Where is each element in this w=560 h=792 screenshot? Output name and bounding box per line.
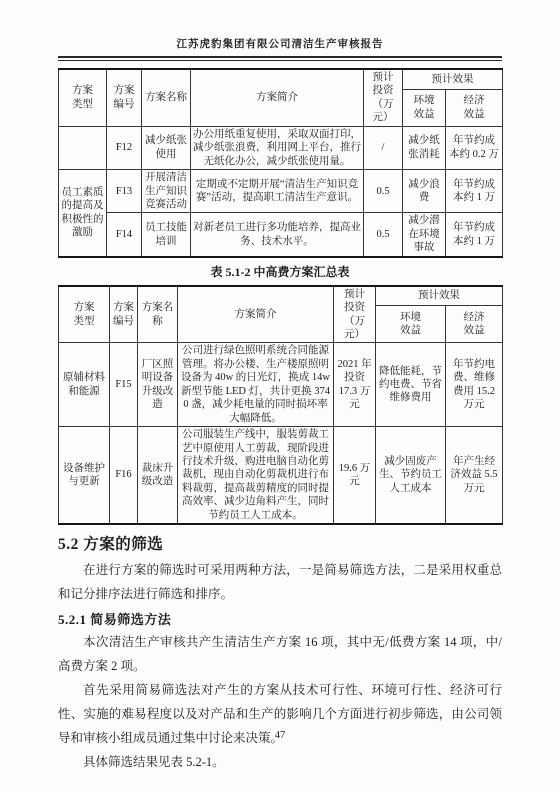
cell-env: 减少浪费	[403, 170, 446, 213]
cell-type: 员工素质的提高及积极性的激励	[59, 170, 107, 257]
cell-name: 厂区照明设备升级改造	[138, 343, 178, 427]
col-header-plan-code: 方案 编号	[110, 286, 138, 343]
section-heading-5-2: 5.2 方案的筛选	[58, 532, 502, 554]
col-header-plan-code: 方案 编号	[107, 69, 142, 126]
col-header-effect: 预计效果	[376, 286, 503, 306]
table-no-low-fee-plans: 方案 类型 方案 编号 方案名称 方案简介 预计 投资 （万 元） 预计效果 环…	[58, 68, 503, 258]
col-header-econ-benefit: 经济 效益	[446, 306, 503, 343]
table-row-f12: F12 减少纸张使用 办公用纸重复使用，采取双面打印，减少纸张浪费，利用网上平台…	[59, 126, 503, 169]
cell-name: 开展清洁生产知识竞赛活动	[142, 170, 191, 213]
cell-env: 减少潜在环境事故	[403, 213, 446, 257]
cell-code: F13	[107, 170, 142, 213]
cell-invest: /	[364, 126, 403, 169]
paragraph-5-2: 在进行方案的筛选时可采用两种方法，一是简易筛选方法，二是采用权重总和记分排序法进…	[58, 558, 502, 606]
paragraph-5-2-1-c: 具体筛选结果见表 5.2-1。	[58, 750, 502, 774]
col-header-plan-name: 方案名称	[142, 69, 191, 126]
col-header-invest: 预计 投资 （万 元）	[334, 286, 376, 343]
cell-intro: 对新老员工进行多功能培养，提高业务、技术水平。	[191, 213, 364, 257]
col-header-env-benefit: 环境 效益	[376, 306, 446, 343]
header-divider-rule	[58, 56, 502, 61]
cell-code: F15	[110, 343, 138, 427]
report-page: 江苏虎豹集团有限公司清洁生产审核报告 方案 类型 方案 编号 方案名称 方案简介…	[0, 0, 560, 792]
table-caption-5-1-2: 表 5.1-2 中高费方案汇总表	[58, 263, 502, 280]
cell-code: F16	[110, 427, 138, 525]
cell-env: 降低能耗，节约电费、节省维修费用	[376, 343, 446, 427]
table-header-row: 方案 类型 方案 编号 方案名称 方案简介 预计 投资 （万 元） 预计效果	[59, 286, 503, 306]
col-header-plan-type: 方案 类型	[59, 69, 107, 126]
col-header-plan-intro: 方案简介	[178, 286, 334, 343]
col-header-env-benefit: 环境 效益	[403, 89, 446, 126]
cell-type: 设备维护与更新	[59, 427, 110, 525]
cell-intro: 公司服装生产线中，服装剪裁工艺中原使用人工剪裁，现阶段进行技术升级，购进电脑自动…	[178, 427, 334, 525]
col-header-plan-name: 方案名称	[138, 286, 178, 343]
page-number: 47	[0, 730, 560, 741]
cell-invest: 19.6 万 元	[334, 427, 376, 525]
cell-name: 减少纸张使用	[142, 126, 191, 169]
cell-type	[59, 126, 107, 169]
table-row-f15: 原辅材料和能源 F15 厂区照明设备升级改造 公司进行绿色照明系统合同能源管理。…	[59, 343, 503, 427]
cell-intro: 定期或不定期开展“清洁生产知识竞赛”活动，提高职工清洁生产意识。	[191, 170, 364, 213]
col-header-plan-intro: 方案简介	[191, 69, 364, 126]
cell-name: 员工技能培训	[142, 213, 191, 257]
paragraph-5-2-1-a: 本次清洁生产审核共产生清洁生产方案 16 项，其中无/低费方案 14 项，中/高…	[58, 630, 502, 678]
cell-env: 减少纸张消耗	[403, 126, 446, 169]
cell-invest: 2021 年 投资 17.3 万 元	[334, 343, 376, 427]
cell-code: F12	[107, 126, 142, 169]
cell-type: 原辅材料和能源	[59, 343, 110, 427]
table-row-f14: F14 员工技能培训 对新老员工进行多功能培养，提高业务、技术水平。 0.5 减…	[59, 213, 503, 257]
table-row-f16: 设备维护与更新 F16 裁床升级改造 公司服装生产线中，服装剪裁工艺中原使用人工…	[59, 427, 503, 525]
cell-invest: 0.5	[364, 213, 403, 257]
table-row-f13: 员工素质的提高及积极性的激励 F13 开展清洁生产知识竞赛活动 定期或不定期开展…	[59, 170, 503, 213]
cell-econ: 年节约成本约 0.2 万	[446, 126, 503, 169]
cell-intro: 办公用纸重复使用，采取双面打印，减少纸张浪费，利用网上平台，推行无纸化办公，减少…	[191, 126, 364, 169]
cell-code: F14	[107, 213, 142, 257]
cell-name: 裁床升级改造	[138, 427, 178, 525]
cell-env: 减少固废产生、节约员工人工成本	[376, 427, 446, 525]
table-mid-high-fee-plans: 方案 类型 方案 编号 方案名称 方案简介 预计 投资 （万 元） 预计效果 环…	[58, 285, 503, 525]
cell-econ: 年节约电费、维修费用 15.2 万元	[446, 343, 503, 427]
running-header-title: 江苏虎豹集团有限公司清洁生产审核报告	[58, 36, 502, 56]
col-header-invest: 预计 投资 （万 元）	[364, 69, 403, 126]
col-header-effect: 预计效果	[403, 69, 503, 89]
cell-econ: 年节约成本约 1 万	[446, 170, 503, 213]
table-header-row: 方案 类型 方案 编号 方案名称 方案简介 预计 投资 （万 元） 预计效果	[59, 69, 503, 89]
col-header-plan-type: 方案 类型	[59, 286, 110, 343]
cell-invest: 0.5	[364, 170, 403, 213]
cell-econ: 年产生经济效益 5.5 万元	[446, 427, 503, 525]
col-header-econ-benefit: 经济 效益	[446, 89, 503, 126]
cell-intro: 公司进行绿色照明系统合同能源管理。将办公楼、生产楼原照明设备为 40w 的日光灯…	[178, 343, 334, 427]
section-heading-5-2-1: 5.2.1 简易筛选方法	[58, 609, 502, 628]
cell-econ: 年节约成本约 1 万	[446, 213, 503, 257]
